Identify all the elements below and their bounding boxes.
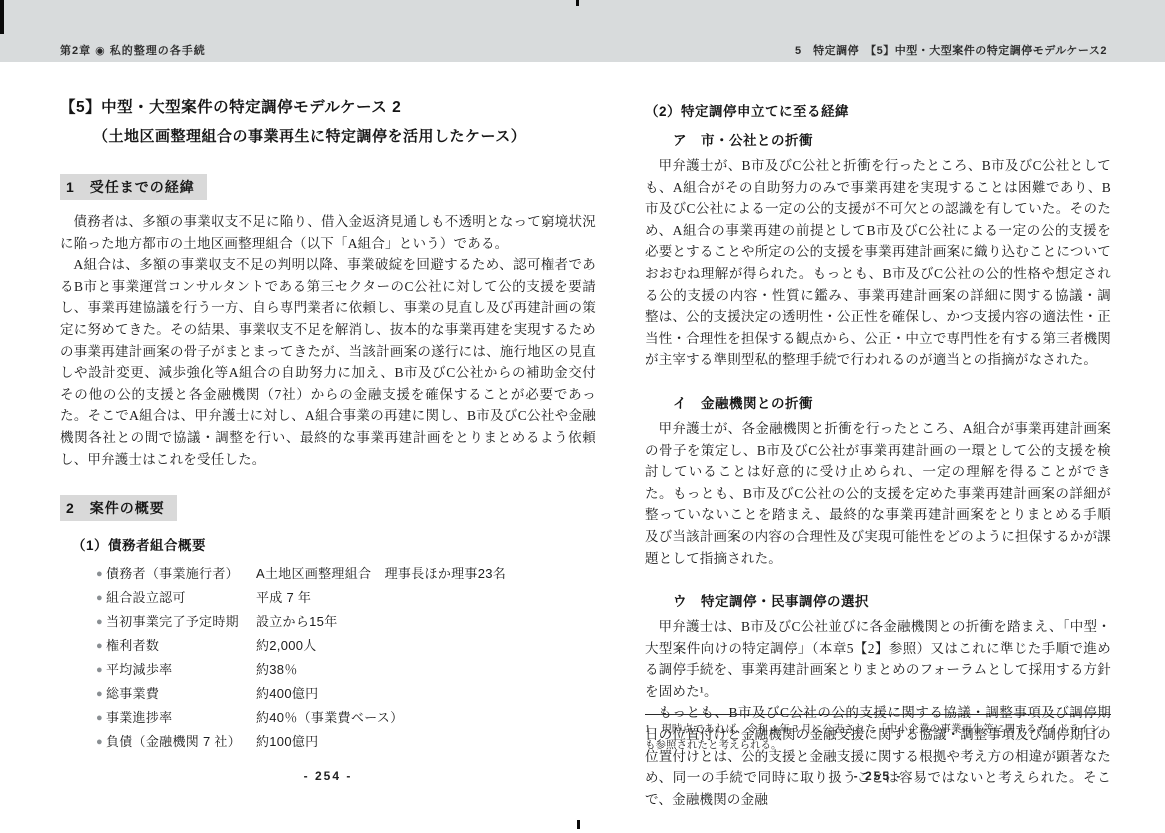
list-item: ● 負債（金融機関 7 社） 約100億円 bbox=[96, 730, 596, 754]
subsection-heading-a: ア 市・公社との折衝 bbox=[673, 129, 1111, 149]
item-value: A土地区画整理組合 理事長ほか理事23名 bbox=[256, 562, 596, 586]
chapter-title: 私的整理の各手続 bbox=[110, 45, 206, 57]
list-item: ● 債務者（事業施行者） A土地区画整理組合 理事長ほか理事23名 bbox=[96, 562, 596, 586]
item-value: 約38％ bbox=[256, 658, 596, 682]
chapter-label: 第2章 bbox=[60, 45, 91, 57]
item-value: 約2,000人 bbox=[256, 634, 596, 658]
paragraph: 債務者は、多額の事業収支不足に陥り、借入金返済見通しも不透明となって窮境状況に陥… bbox=[60, 211, 596, 254]
paragraph: A組合は、多額の事業収支不足の判明以降、事業破綻を回避するため、認可権者であるB… bbox=[60, 254, 596, 470]
left-page-column: 【5】中型・大型案件の特定調停モデルケース 2 （土地区画整理組合の事業再生に特… bbox=[60, 96, 596, 754]
overview-list: ● 債務者（事業施行者） A土地区画整理組合 理事長ほか理事23名 ● 組合設立… bbox=[60, 562, 596, 754]
running-header-left: 第2章◉私的整理の各手続 bbox=[60, 42, 206, 58]
item-label: 当初事業完了予定時期 bbox=[106, 610, 256, 634]
item-value: 設立から15年 bbox=[256, 610, 596, 634]
overview-subheading: （1）債務者組合概要 bbox=[72, 534, 596, 554]
list-item: ● 当初事業完了予定時期 設立から15年 bbox=[96, 610, 596, 634]
running-header-right: 5 特定調停 【5】中型・大型案件の特定調停モデルケース2 bbox=[795, 42, 1107, 58]
item-value: 約40％（事業費ベース） bbox=[256, 706, 596, 730]
section1-body: 債務者は、多額の事業収支不足に陥り、借入金返済見通しも不透明となって窮境状況に陥… bbox=[60, 211, 596, 470]
bullet-icon: ● bbox=[96, 658, 103, 682]
section-heading-2-right: （2）特定調停申立てに至る経緯 bbox=[645, 100, 1111, 120]
list-item: ● 権利者数 約2,000人 bbox=[96, 634, 596, 658]
item-label: 平均減歩率 bbox=[106, 658, 256, 682]
right-page-column: （2）特定調停申立てに至る経緯 ア 市・公社との折衝 甲弁護士が、B市及びC公社… bbox=[645, 100, 1111, 810]
item-value: 平成 7 年 bbox=[256, 586, 596, 610]
list-item: ● 事業進捗率 約40％（事業費ベース） bbox=[96, 706, 596, 730]
case-title-line1: 【5】中型・大型案件の特定調停モデルケース 2 bbox=[60, 96, 596, 120]
section-heading-2: 2 案件の概要 bbox=[60, 495, 177, 521]
paragraph: 甲弁護士が、B市及びC公社と折衝を行ったところ、B市及びC公社としても、A組合が… bbox=[645, 155, 1111, 371]
item-label: 負債（金融機関 7 社） bbox=[106, 730, 256, 754]
section-heading-1: 1 受任までの経緯 bbox=[60, 174, 207, 200]
item-label: 事業進捗率 bbox=[106, 706, 256, 730]
page-number-right: - 255 - bbox=[645, 769, 1111, 783]
item-label: 債務者（事業施行者） bbox=[106, 562, 256, 586]
bullet-icon: ● bbox=[96, 682, 103, 706]
bullet-icon: ● bbox=[96, 634, 103, 658]
list-item: ● 平均減歩率 約38％ bbox=[96, 658, 596, 682]
print-registration-mark-bottom-center bbox=[577, 820, 580, 829]
subsection-heading-u: ウ 特定調停・民事調停の選択 bbox=[673, 590, 1111, 610]
case-title-line2: （土地区画整理組合の事業再生に特定調停を活用したケース） bbox=[60, 125, 596, 149]
item-label: 組合設立認可 bbox=[106, 586, 256, 610]
item-label: 権利者数 bbox=[106, 634, 256, 658]
list-item: ● 総事業費 約400億円 bbox=[96, 682, 596, 706]
list-item: ● 組合設立認可 平成 7 年 bbox=[96, 586, 596, 610]
paragraph: 甲弁護士は、B市及びC公社並びに各金融機関との折衝を踏まえ、「中型・大型案件向け… bbox=[645, 616, 1111, 702]
footnote: 1 現時点であれば、令和 4 年 3 月に公表された「中小企業の事業再生等に関す… bbox=[645, 714, 1111, 754]
item-value: 約100億円 bbox=[256, 730, 596, 754]
print-registration-mark-top-center bbox=[576, 0, 579, 6]
bullet-icon: ● bbox=[96, 562, 103, 586]
chapter-ornament-icon: ◉ bbox=[95, 45, 106, 57]
item-value: 約400億円 bbox=[256, 682, 596, 706]
bullet-icon: ● bbox=[96, 586, 103, 610]
item-label: 総事業費 bbox=[106, 682, 256, 706]
subsection-heading-i: イ 金融機関との折衝 bbox=[673, 392, 1111, 412]
page-number-left: - 254 - bbox=[60, 769, 596, 783]
bullet-icon: ● bbox=[96, 730, 103, 754]
book-spread: 第2章◉私的整理の各手続 5 特定調停 【5】中型・大型案件の特定調停モデルケー… bbox=[0, 0, 1165, 833]
print-registration-mark-top-left bbox=[0, 0, 4, 34]
bullet-icon: ● bbox=[96, 610, 103, 634]
bullet-icon: ● bbox=[96, 706, 103, 730]
paragraph: 甲弁護士が、各金融機関と折衝を行ったところ、A組合が事業再建計画案の骨子を策定し… bbox=[645, 418, 1111, 569]
